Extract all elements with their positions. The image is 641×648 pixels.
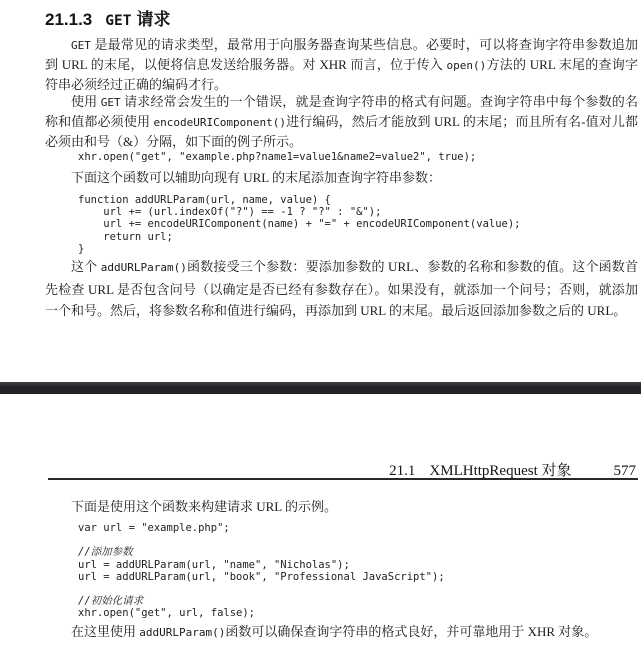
inline-code: open() (447, 59, 487, 72)
section-number: 21.1.3 (45, 10, 92, 29)
section-title-cn: 请求 (136, 10, 170, 29)
lead-in-function: 下面这个函数可以辅助向现有 URL 的末尾添加查询字符串参数： (45, 168, 638, 187)
page-break-bar (0, 382, 641, 394)
header-rule (48, 478, 638, 480)
paragraph-closing: 在这里使用 addURLParam()函数可以确保查询字符串的格式良好，并可靠地… (45, 622, 638, 642)
code-comment-init-request: //初始化请求 (78, 595, 445, 607)
inline-code: GET (71, 39, 91, 52)
addurlparam-function-code: function addURLParam(url, name, value) {… (78, 194, 521, 255)
code-blank-line (78, 583, 445, 595)
paragraph-get-intro: GET 是最常见的请求类型，最常用于向服务器查询某些信息。必要时，可以将查询字符… (45, 35, 638, 94)
book-page-scan: 21.1.3GET请求 GET 是最常见的请求类型，最常用于向服务器查询某些信息… (0, 0, 641, 648)
example-usage-code: var url = "example.php"; //添加参数 url = ad… (78, 522, 445, 620)
inline-code: addURLParam() (139, 626, 225, 639)
section-heading: 21.1.3GET请求 (45, 5, 170, 30)
code-line-var: var url = "example.php"; (78, 522, 445, 534)
inline-code: GET (101, 96, 121, 109)
xhr-open-code-line: xhr.open("get", "example.php?name1=value… (78, 151, 476, 163)
paragraph-query-string-error: 使用 GET 请求经常会发生的一个错误，就是查询字符串的格式有问题。查询字符串中… (45, 92, 638, 151)
inline-code: encodeURIComponent() (153, 116, 285, 129)
section-title-code: GET (105, 13, 131, 29)
code-blank-line (78, 534, 445, 546)
code-line-book-param: url = addURLParam(url, "book", "Professi… (78, 571, 445, 583)
paragraph-text: 在这里使用 (71, 624, 139, 639)
lead-in-example: 下面是使用这个函数来构建请求 URL 的示例。 (45, 497, 638, 516)
paragraph-addurlparam-explained: 这个 addURLParam()函数接受三个参数：要添加参数的 URL、参数的名… (45, 256, 638, 322)
paragraph-text: 这个 (71, 259, 101, 274)
header-section-title: XMLHttpRequest 对象 (429, 459, 571, 480)
running-header: 21.1XMLHttpRequest 对象577 (389, 459, 636, 480)
code-line-name-param: url = addURLParam(url, "name", "Nicholas… (78, 559, 445, 571)
code-comment-add-params: //添加参数 (78, 546, 445, 558)
code-line-xhr-open: xhr.open("get", url, false); (78, 607, 445, 619)
paragraph-text: 函数可以确保查询字符串的格式良好，并可靠地用于 XHR 对象。 (225, 624, 597, 639)
paragraph-text: 使用 (71, 94, 101, 109)
inline-code: addURLParam() (101, 261, 187, 274)
